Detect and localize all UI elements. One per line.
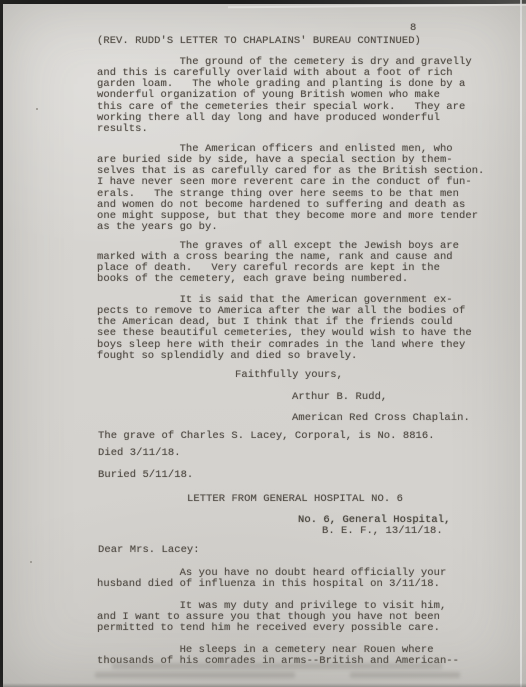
- scanned-letter-page: 8 (REV. RUDD'S LETTER TO CHAPLAINS' BURE…: [0, 0, 526, 687]
- signature-title: American Red Cross Chaplain.: [292, 413, 470, 424]
- ink-bleedthrough-mark: [112, 663, 442, 669]
- paragraph-visit-assurance: It was my duty and privilege to visit hi…: [97, 601, 446, 634]
- paragraph-graves-records: The graves of all except the Jewish boys…: [97, 241, 459, 286]
- paragraph-government-removal: It is said that the American government …: [97, 295, 472, 362]
- paragraph-cemetery-ground: The ground of the cemetery is dry and gr…: [97, 57, 472, 135]
- typewritten-text-layer: 8 (REV. RUDD'S LETTER TO CHAPLAINS' BURE…: [0, 0, 526, 687]
- signoff: Faithfully yours,: [235, 370, 343, 381]
- page-number: 8: [410, 23, 416, 34]
- died-date-note: Died 3/11/18.: [98, 448, 181, 459]
- hospital-letter-heading: LETTER FROM GENERAL HOSPITAL NO. 6: [187, 494, 403, 505]
- paper-speck: [36, 108, 38, 110]
- ink-bleedthrough-mark: [95, 672, 295, 678]
- salutation: Dear Mrs. Lacey:: [98, 545, 200, 556]
- paragraph-death-notice: As you have no doubt heard officially yo…: [97, 568, 446, 590]
- letterhead-address-line2: B. E. F., 13/11/18.: [322, 526, 443, 537]
- buried-date-note: Buried 5/11/18.: [98, 470, 193, 481]
- signature-name: Arthur B. Rudd,: [292, 392, 387, 403]
- scan-edge-left: [0, 0, 3, 687]
- scan-edge-bottom: [0, 683, 526, 687]
- paragraph-american-section: The American officers and enlisted men, …: [97, 144, 484, 233]
- page-edge-right: [520, 0, 522, 687]
- ink-bleedthrough-mark: [350, 672, 460, 678]
- paper-speck: [30, 561, 32, 563]
- continuation-heading: (REV. RUDD'S LETTER TO CHAPLAINS' BUREAU…: [97, 36, 421, 47]
- grave-number-note: The grave of Charles S. Lacey, Corporal,…: [98, 431, 435, 442]
